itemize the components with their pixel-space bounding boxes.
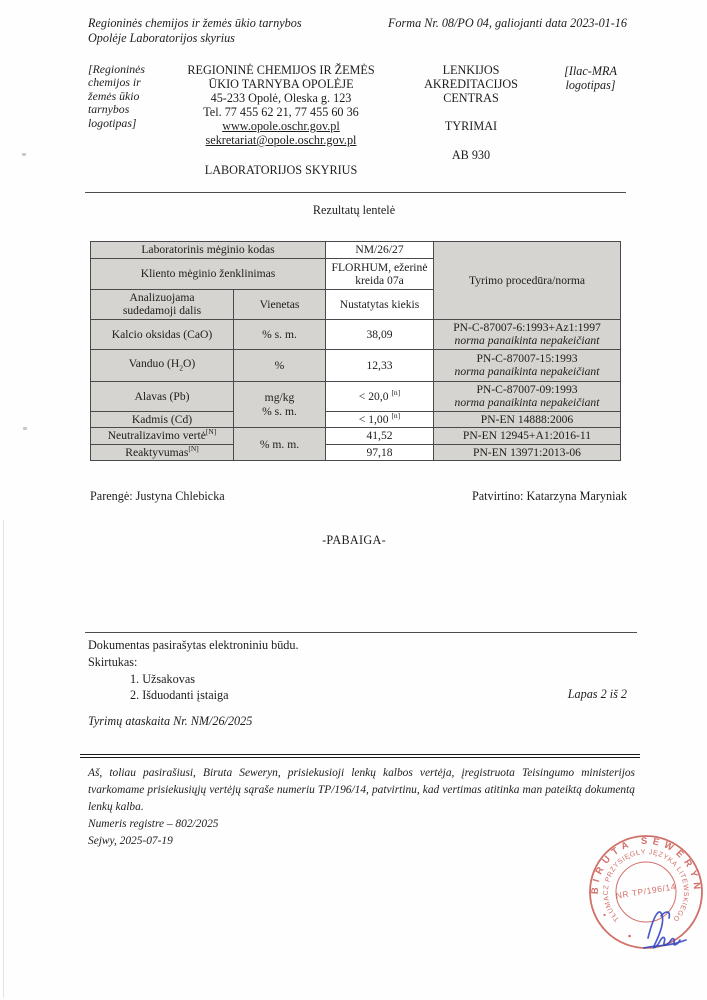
cell-value: 97,18 <box>326 444 434 460</box>
value-superscript: [n] <box>391 411 400 420</box>
letterhead-center: REGIONINĖ CHEMIJOS IR ŽEMĖS ŪKIO TARNYBA… <box>166 63 396 177</box>
component-header-line1: Analizuojama <box>94 291 230 304</box>
esign-block: Dokumentas pasirašytas elektroniniu būdu… <box>88 637 637 730</box>
norm-note: norma panaikinta nepakeičiant <box>437 365 617 378</box>
left-logo-placeholder: [Regioninės chemijos ir žemės ūkio tarny… <box>88 63 166 177</box>
esign-item-2: 2. Išduodanti įstaiga <box>88 687 637 704</box>
accreditation-line1: LENKIJOS <box>396 63 546 77</box>
handwritten-signature <box>628 896 707 956</box>
value-text: < 1,00 <box>359 413 389 426</box>
value-text: < 20,0 <box>359 390 389 403</box>
norm-code: PN-C-87007-15:1993 <box>437 352 617 365</box>
cell-component: Kalcio oksidas (CaO) <box>91 319 234 349</box>
component-header-line2: sudedamoji dalis <box>94 304 230 317</box>
esign-note: Dokumentas pasirašytas elektroniniu būdu… <box>88 637 637 654</box>
table-row: Kalcio oksidas (CaO) % s. m. 38,09 PN-C-… <box>91 319 621 349</box>
cell-unit: % <box>234 349 326 381</box>
component-superscript: [N] <box>188 444 198 453</box>
accreditation-block: LENKIJOS AKREDITACIJOS CENTRAS TYRIMAI A… <box>396 63 546 177</box>
cell-value: < 20,0 [n] <box>326 381 434 411</box>
stamp-dot <box>603 914 605 916</box>
letterhead: [Regioninės chemijos ir žemės ūkio tarny… <box>88 63 635 177</box>
email-link[interactable]: sekretariat@opole.oschr.gov.pl <box>206 133 357 147</box>
esign-item-1: 1. Užsakovas <box>88 671 637 688</box>
scan-speck <box>22 153 26 156</box>
component-pre: Vanduo (H <box>129 357 180 370</box>
footer-divider <box>85 632 637 633</box>
component-post: O) <box>183 357 195 370</box>
cell-component: Alavas (Pb) <box>91 381 234 411</box>
scan-speck <box>23 427 27 430</box>
cell-value: < 1,00 [n] <box>326 411 434 427</box>
accreditation-line2: AKREDITACIJOS <box>396 77 546 91</box>
cell-component: Neutralizavimo vertė[N] <box>91 428 234 444</box>
esign-bookmark-label: Skirtukas: <box>88 654 637 671</box>
translator-place-date: Sejwy, 2025-07-19 <box>88 833 635 850</box>
department-name: LABORATORIJOS SKYRIUS <box>166 163 396 177</box>
results-table: Laboratorinis mėginio kodas NM/26/27 Tyr… <box>90 241 621 461</box>
translator-statement: Aš, toliau pasirašiusi, Biruta Seweryn, … <box>88 765 635 816</box>
org-name-line2: ŪKIO TARNYBA OPOLĖJE <box>166 77 396 91</box>
prepared-by: Parengė: Justyna Chlebicka <box>90 489 225 504</box>
unit-line1: mg/kg <box>237 391 322 404</box>
cell-norm: PN-C-87007-09:1993 norma panaikinta nepa… <box>434 381 621 411</box>
scan-edge-artifact <box>3 520 4 998</box>
table-row: Alavas (Pb) mg/kg % s. m. < 20,0 [n] PN-… <box>91 381 621 411</box>
form-number: Forma Nr. 08/PO 04, galiojanti data 2023… <box>388 16 627 46</box>
cell-lab-code-label: Laboratorinis mėginio kodas <box>91 242 326 259</box>
cell-norm: PN-C-87007-6:1993+Az1:1997 norma panaiki… <box>434 319 621 349</box>
org-short-dept: Opolėje Laboratorijos skyrius <box>88 31 302 46</box>
table-row: Kadmis (Cd) < 1,00 [n] PN-EN 14888:2006 <box>91 411 621 427</box>
cell-client-value: FLORHUM, ežerinė kreida 07a <box>326 259 434 290</box>
cell-procedure-header: Tyrimo procedūra/norma <box>434 242 621 320</box>
org-name-line1: REGIONINĖ CHEMIJOS IR ŽEMĖS <box>166 63 396 77</box>
accreditation-number: AB 930 <box>396 148 546 162</box>
table-row: Neutralizavimo vertė[N] % m. m. 41,52 PN… <box>91 428 621 444</box>
results-title: Rezultatų lentelė <box>88 203 620 218</box>
org-short-name: Regioninės chemijos ir žemės ūkio tarnyb… <box>88 16 302 31</box>
cell-norm: PN-C-87007-15:1993 norma panaikinta nepa… <box>434 349 621 381</box>
cell-client-label: Kliento mėginio ženklinimas <box>91 259 326 290</box>
component-text: Reaktyvumas <box>125 446 188 459</box>
cell-component: Vanduo (H2O) <box>91 349 234 381</box>
cell-quantity-header: Nustatytas kiekis <box>326 290 434 320</box>
cell-lab-code-value: NM/26/27 <box>326 242 434 259</box>
report-reference: Tyrimų ataskaita Nr. NM/26/2025 <box>88 713 637 730</box>
cell-component: Reaktyvumas[N] <box>91 444 234 460</box>
end-mark: -PABAIGA- <box>88 533 620 548</box>
cell-unit: % m. m. <box>234 428 326 461</box>
norm-code: PN-C-87007-09:1993 <box>437 383 617 396</box>
cell-value: 41,52 <box>326 428 434 444</box>
form-header-left: Regioninės chemijos ir žemės ūkio tarnyb… <box>88 16 302 46</box>
norm-note: norma panaikinta nepakeičiant <box>437 334 617 347</box>
cell-value: 12,33 <box>326 349 434 381</box>
cell-norm: PN-EN 13971:2013-06 <box>434 444 621 460</box>
accreditation-line3: CENTRAS <box>396 91 546 105</box>
norm-note: norma panaikinta nepakeičiant <box>437 396 617 409</box>
table-row: Reaktyvumas[N] 97,18 PN-EN 13971:2013-06 <box>91 444 621 460</box>
cell-unit: mg/kg % s. m. <box>234 381 326 427</box>
cell-component-header: Analizuojama sudedamoji dalis <box>91 290 234 320</box>
translator-divider <box>80 754 640 758</box>
ilac-mra-logo-placeholder: [Ilac-MRA logotipas] <box>546 63 635 177</box>
signoff-row: Parengė: Justyna Chlebicka Patvirtino: K… <box>90 489 627 504</box>
org-phone: Tel. 77 455 62 21, 77 455 60 36 <box>166 105 396 119</box>
translator-registry-number: Numeris registre – 802/2025 <box>88 816 635 833</box>
component-superscript: [N] <box>206 427 216 436</box>
norm-code: PN-C-87007-6:1993+Az1:1997 <box>437 321 617 334</box>
translator-block: Aš, toliau pasirašiusi, Biruta Seweryn, … <box>88 765 635 850</box>
value-superscript: [n] <box>391 388 400 397</box>
cell-component: Kadmis (Cd) <box>91 411 234 427</box>
unit-line2: % s. m. <box>237 405 322 418</box>
document-page: Regioninės chemijos ir žemės ūkio tarnyb… <box>0 0 707 1000</box>
cell-norm: PN-EN 12945+A1:2016-11 <box>434 428 621 444</box>
page-number: Lapas 2 iš 2 <box>568 686 627 703</box>
table-row: Vanduo (H2O) % 12,33 PN-C-87007-15:1993 … <box>91 349 621 381</box>
table-row: Laboratorinis mėginio kodas NM/26/27 Tyr… <box>91 242 621 259</box>
org-address: 45-233 Opolė, Oleska g. 123 <box>166 91 396 105</box>
website-link[interactable]: www.opole.oschr.gov.pl <box>222 119 340 133</box>
letterhead-divider <box>85 192 626 193</box>
component-text: Neutralizavimo vertė <box>108 429 206 442</box>
cell-value: 38,09 <box>326 319 434 349</box>
cell-unit: % s. m. <box>234 319 326 349</box>
accreditation-scope: TYRIMAI <box>396 119 546 133</box>
approved-by: Patvirtino: Katarzyna Maryniak <box>472 489 627 504</box>
form-header: Regioninės chemijos ir žemės ūkio tarnyb… <box>88 16 627 46</box>
cell-unit-header: Vienetas <box>234 290 326 320</box>
cell-norm: PN-EN 14888:2006 <box>434 411 621 427</box>
